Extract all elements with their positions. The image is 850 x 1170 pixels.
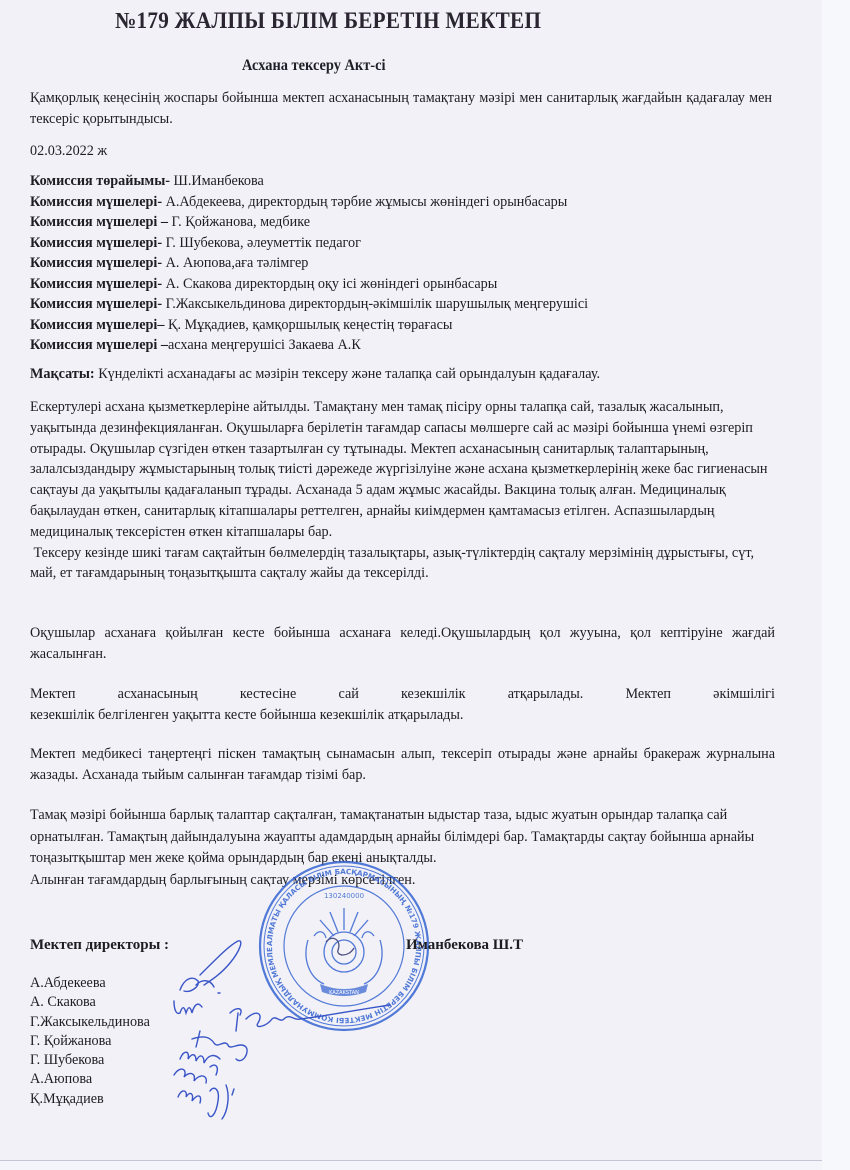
storage-check-text: Тексеру кезінде шикі тағам сақтайтын бөл…: [30, 543, 770, 585]
signatories-list: А.Абдекеева А. Скакова Г.Жаксыкельдинова…: [30, 974, 150, 1109]
commission-member: Комиссия мүшелері– Қ. Мұқадиев, қамқоршы…: [30, 315, 790, 336]
act-date: 02.03.2022 ж: [30, 141, 790, 162]
director-label: Мектеп директоры :: [30, 937, 169, 954]
commission-member: Комиссия мүшелері- Г. Шубекова, әлеуметт…: [30, 233, 790, 254]
scan-margin: [822, 0, 850, 1170]
school-title: №179 ЖАЛПЫ БІЛІМ БЕРЕТІН МЕКТЕП: [115, 8, 541, 34]
intro-paragraph: Қамқорлық кеңесінің жоспары бойынша мект…: [30, 88, 772, 130]
signatory-name: Г. Қойжанова: [30, 1032, 150, 1051]
commission-member: Комиссия мүшелері- А.Абдекеева, директор…: [30, 192, 790, 213]
findings-paragraph: Ескертулері асхана қызметкерлеріне айтыл…: [30, 397, 770, 584]
duty-paragraph: Мектеп асханасының кестесіне сай кезекші…: [30, 684, 775, 726]
duty-line-1: Мектеп асханасының кестесіне сай кезекші…: [30, 684, 775, 705]
commission-member: Комиссия мүшелері – Г. Қойжанова, медбик…: [30, 212, 790, 233]
goal-label: Мақсаты:: [30, 366, 95, 382]
commission-member: Комиссия мүшелері- А. Аюпова,аға тәлімге…: [30, 253, 790, 274]
nurse-paragraph: Мектеп медбикесі таңертеңгі піскен тамақ…: [30, 744, 775, 786]
signatory-name: А. Скакова: [30, 993, 150, 1012]
commission-member: Комиссия мүшелері- Г.Жаксыкельдинова дир…: [30, 294, 790, 315]
handwashing-paragraph: Оқушылар асханаға қойылған кесте бойынша…: [30, 623, 775, 665]
signatory-name: А.Аюпова: [30, 1070, 150, 1089]
act-title: Асхана тексеру Акт-сі: [242, 57, 385, 75]
duty-line-2: кезекшілік белгіленген уақытта кесте бой…: [30, 705, 775, 726]
signatory-name: А.Абдекеева: [30, 974, 150, 993]
goal-statement: Мақсаты: Күнделікті асханадағы ас мәзірі…: [30, 364, 790, 385]
signatory-name: Г. Шубекова: [30, 1051, 150, 1070]
commission-chair: Комиссия төрайымы- Ш.Иманбекова: [30, 171, 790, 192]
findings-text: Ескертулері асхана қызметкерлеріне айтыл…: [30, 397, 770, 543]
commission-member: Комиссия мүшелері –асхана меңгерушісі За…: [30, 335, 790, 356]
goal-text: Күнделікті асханадағы ас мәзірін тексеру…: [95, 366, 600, 382]
commission-member: Комиссия мүшелері- А. Скакова директорды…: [30, 274, 790, 295]
signatory-name: Г.Жаксыкельдинова: [30, 1013, 150, 1032]
requirements-paragraph: Тамақ мәзірі бойынша барлық талаптар сақ…: [30, 805, 775, 891]
signatory-name: Қ.Мұқадиев: [30, 1090, 150, 1109]
requirements-text: Тамақ мәзірі бойынша барлық талаптар сақ…: [30, 805, 775, 870]
director-name: Иманбекова Ш.Т: [406, 937, 523, 954]
shelf-life-text: Алынған тағамдардың барлығының сақтау ме…: [30, 870, 775, 892]
commission-list: Комиссия төрайымы- Ш.Иманбекова Комиссия…: [30, 171, 790, 356]
